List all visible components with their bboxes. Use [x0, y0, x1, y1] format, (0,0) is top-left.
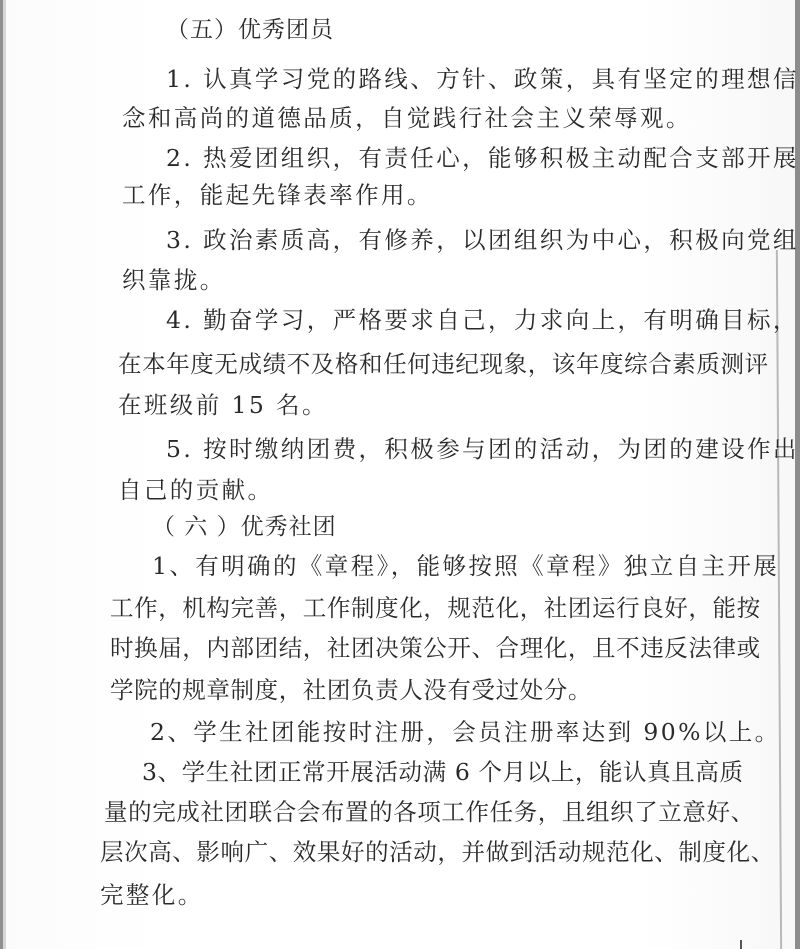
criterion-text-line: 4. 勤奋学习，严格要求自己，力求向上，有明确目标， — [166, 306, 799, 334]
section-heading-outstanding-club: （ 六 ）优秀社团 — [152, 513, 337, 541]
scan-edge-left-shadow — [3, 0, 6, 949]
criterion-text-line: 工作，机构完善，工作制度化，规范化，社团运行良好，能按 — [110, 594, 761, 622]
criterion-text-line: 完整化。 — [100, 881, 204, 909]
criterion-text-line: 在班级前 15 名。 — [118, 391, 328, 419]
criterion-text-line: 2. 热爱团组织，有责任心，能够积极主动配合支部开展 — [166, 144, 799, 172]
criterion-text-line: 念和高尚的道德品质，自觉践行社会主义荣辱观。 — [122, 104, 692, 132]
criterion-text-line: 3. 政治素质高，有修养，以团组织为中心，积极向党组 — [166, 226, 799, 254]
criterion-text-line: 自己的贡献。 — [118, 476, 273, 504]
criterion-text-line: 5. 按时缴纳团费，积极参与团的活动，为团的建设作出 — [166, 435, 799, 463]
criterion-text-line: 织靠拢。 — [122, 266, 226, 294]
criterion-text-line: 量的完成社团联合会布置的各项工作任务，且组织了立意好、 — [104, 798, 755, 826]
criterion-text-line: 1、有明确的《章程》，能够按照《章程》独立自主开展 — [152, 552, 779, 580]
scan-edge-right-outer — [795, 0, 800, 949]
criterion-text-line: 在本年度无成绩不及格和任何违纪现象，该年度综合素质测评 — [118, 350, 769, 378]
scan-artifact-mark — [740, 940, 742, 949]
criterion-text-line: 1. 认真学习党的路线、方针、政策，具有坚定的理想信 — [166, 65, 799, 93]
scan-edge-right-inner — [776, 250, 782, 949]
criterion-text-line: 3、学生社团正常开展活动满 6 个月以上，能认真且高质 — [142, 758, 744, 786]
criterion-text-line: 工作，能起先锋表率作用。 — [122, 181, 433, 209]
criterion-text-line: 学院的规章制度，社团负责人没有受过处分。 — [110, 676, 592, 704]
criterion-text-line: 层次高、影响广、效果好的活动，并做到活动规范化、制度化、 — [100, 838, 775, 866]
section-heading-outstanding-league-member: （五）优秀团员 — [166, 16, 334, 44]
criterion-text-line: 时换届，内部团结，社团决策公开、合理化，且不违反法律或 — [110, 634, 761, 662]
criterion-text-line: 2、学生社团能按时注册，会员注册率达到 90%以上。 — [150, 718, 781, 746]
scanned-document-page: （五）优秀团员 1. 认真学习党的路线、方针、政策，具有坚定的理想信 念和高尚的… — [0, 0, 800, 949]
